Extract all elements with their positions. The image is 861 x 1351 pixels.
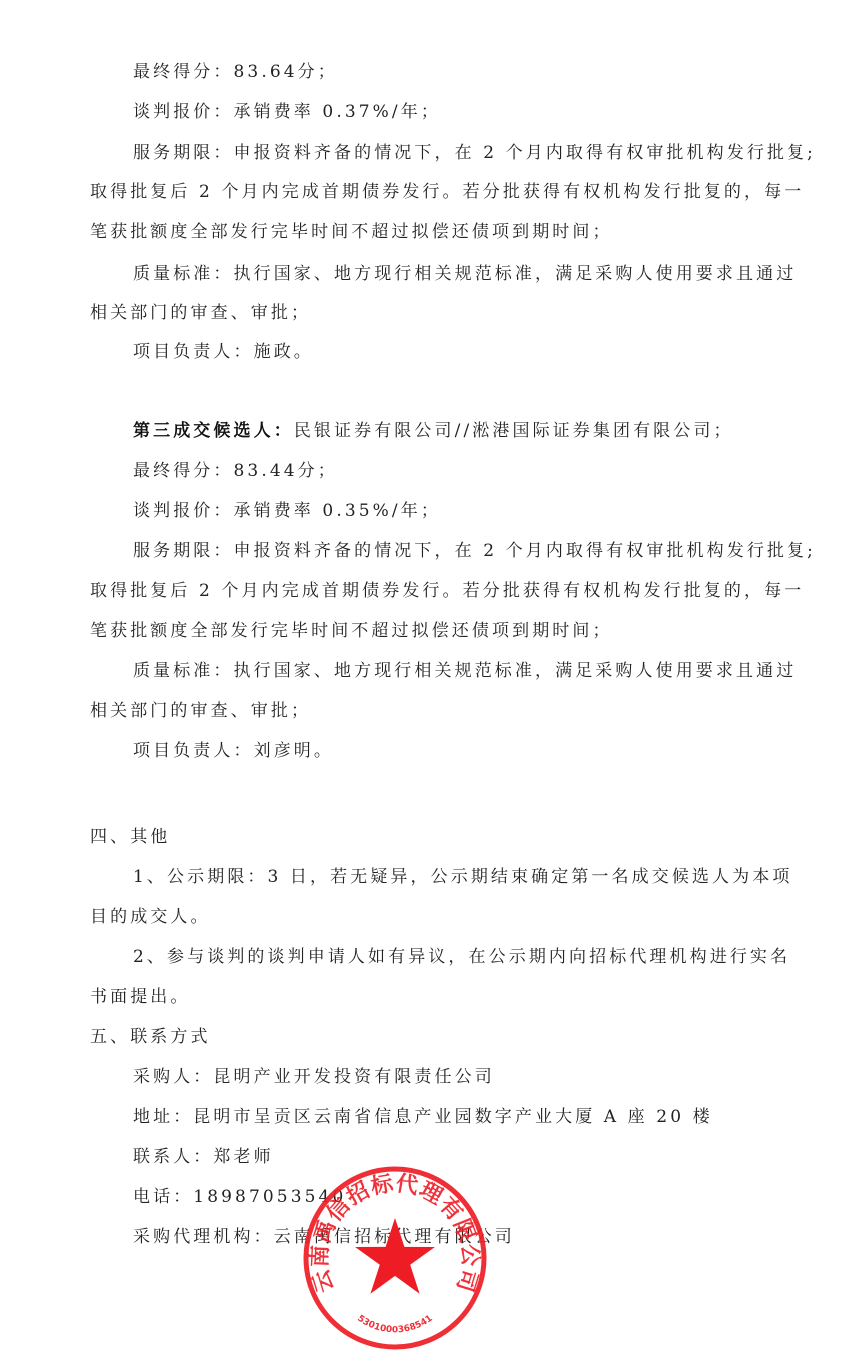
document-page: 最终得分：83.64分； 谈判报价：承销费率 0.37%/年； 服务期限：申报资… <box>0 0 861 1351</box>
candidate3-score: 最终得分：83.44分； <box>133 460 843 482</box>
section4-item2-line2: 书面提出。 <box>90 986 800 1008</box>
candidate2-manager: 项目负责人：施政。 <box>133 341 843 363</box>
svg-text:5301000368541: 5301000368541 <box>355 1314 434 1336</box>
candidate3-service-period-line1: 服务期限：申报资料齐备的情况下，在 2 个月内取得有权审批机构发行批复; <box>133 540 843 562</box>
candidate2-service-period-line2: 取得批复后 2 个月内完成首期债券发行。若分批获得有权机构发行批复的，每一 <box>90 181 800 203</box>
candidate2-score: 最终得分：83.64分； <box>133 61 843 83</box>
candidate2-quality-line2: 相关部门的审查、审批； <box>90 302 800 324</box>
section4-item2-line1: 2、参与谈判的谈判申请人如有异议，在公示期内向招标代理机构进行实名 <box>133 946 843 968</box>
phone: 电话：18987053540 <box>133 1186 843 1208</box>
candidate3-quality-line2: 相关部门的审查、审批； <box>90 700 800 722</box>
purchaser: 采购人：昆明产业开发投资有限责任公司 <box>133 1066 843 1088</box>
candidate2-quote: 谈判报价：承销费率 0.37%/年； <box>133 101 843 123</box>
candidate3-label: 第三成交候选人： <box>133 421 294 441</box>
section5-heading: 五、联系方式 <box>90 1026 800 1048</box>
candidate3-service-period-line3: 笔获批额度全部发行完毕时间不超过拟偿还债项到期时间； <box>90 620 800 642</box>
address: 地址：昆明市呈贡区云南省信息产业园数字产业大厦 A 座 20 楼 <box>133 1106 843 1128</box>
section4-item1-line1: 1、公示期限：3 日，若无疑异，公示期结束确定第一名成交候选人为本项 <box>133 866 843 888</box>
candidate3-service-period-line2: 取得批复后 2 个月内完成首期债券发行。若分批获得有权机构发行批复的，每一 <box>90 580 800 602</box>
section4-item1-line2: 目的成交人。 <box>90 906 800 928</box>
contact-person: 联系人：郑老师 <box>133 1146 843 1168</box>
candidate3-heading: 第三成交候选人：民银证券有限公司//淞港国际证券集团有限公司； <box>133 420 843 442</box>
candidate2-service-period-line1: 服务期限：申报资料齐备的情况下，在 2 个月内取得有权审批机构发行批复; <box>133 142 843 164</box>
candidate3-manager: 项目负责人：刘彦明。 <box>133 740 843 762</box>
candidate3-quality-line1: 质量标准：执行国家、地方现行相关规范标准，满足采购人使用要求且通过 <box>133 660 843 682</box>
candidate3-quote: 谈判报价：承销费率 0.35%/年； <box>133 500 843 522</box>
candidate2-service-period-line3: 笔获批额度全部发行完毕时间不超过拟偿还债项到期时间； <box>90 221 800 243</box>
procurement-agency: 采购代理机构：云南禹信招标代理有限公司 <box>133 1226 843 1248</box>
candidate2-quality-line1: 质量标准：执行国家、地方现行相关规范标准，满足采购人使用要求且通过 <box>133 263 843 285</box>
section4-heading: 四、其他 <box>90 826 800 848</box>
candidate3-name: 民银证券有限公司//淞港国际证券集团有限公司； <box>294 421 734 441</box>
